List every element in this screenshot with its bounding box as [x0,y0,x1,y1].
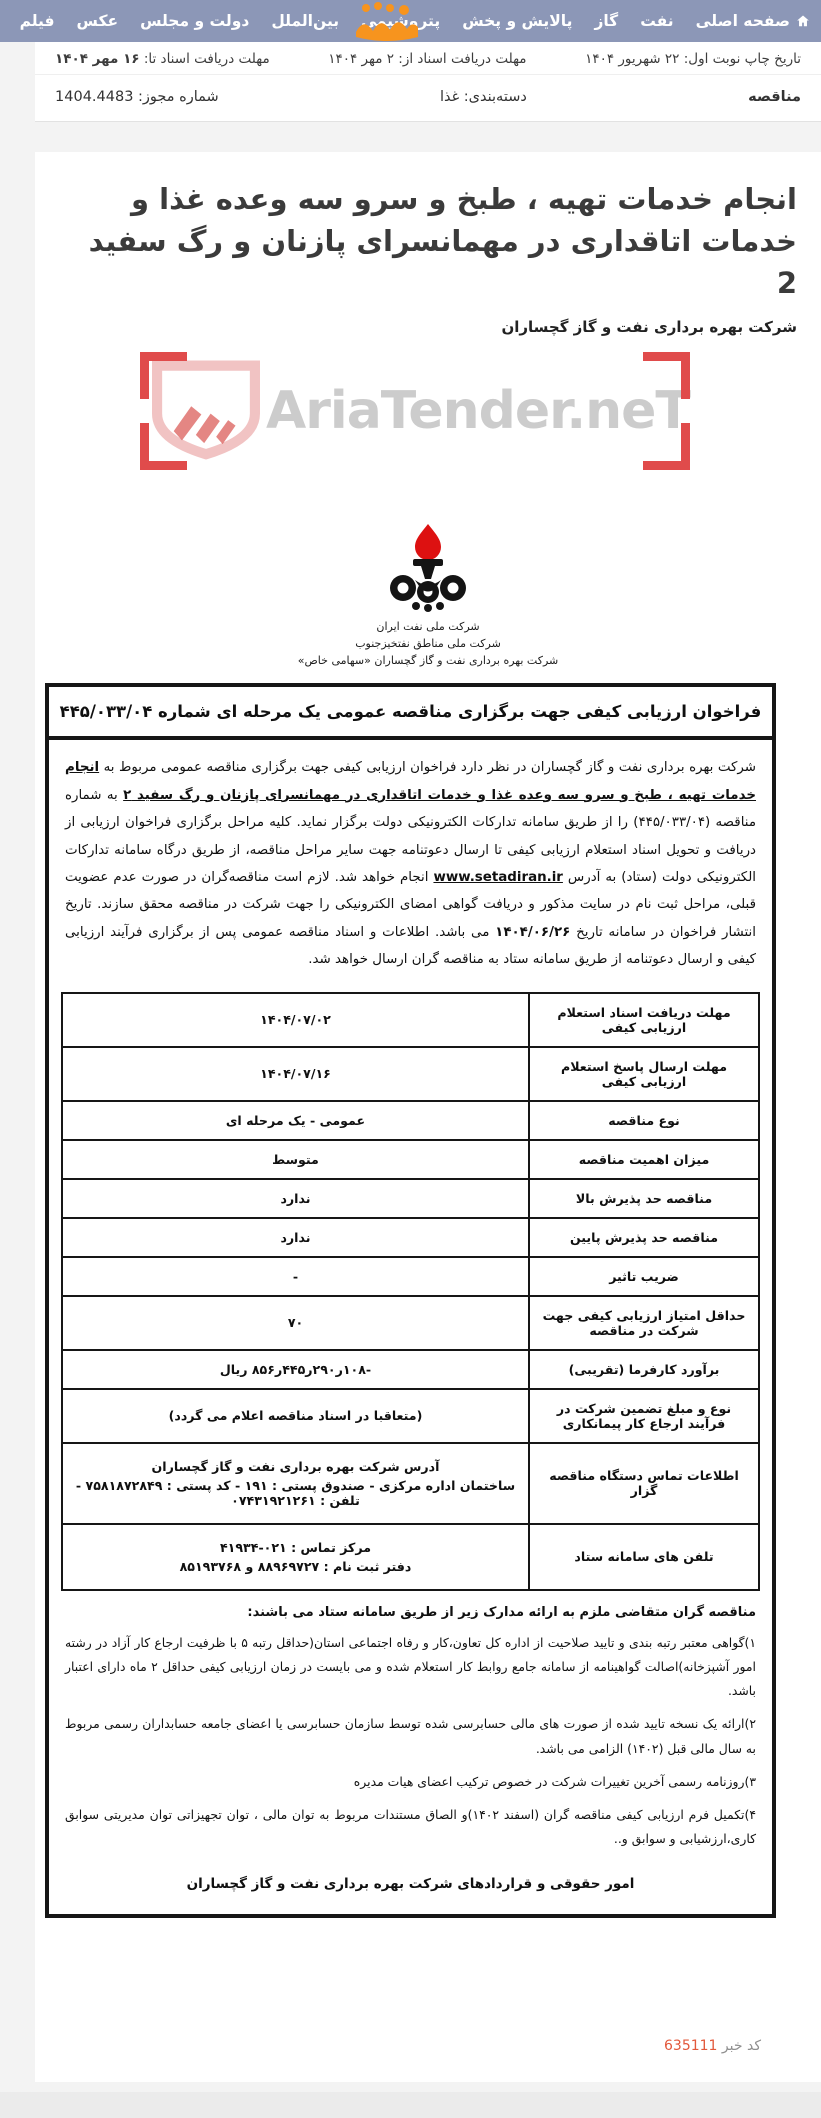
bottom-bar [0,2092,821,2118]
table-row: مناقصه حد پذیرش پایینندارد [62,1218,759,1257]
news-code: کد خبر 635111 [35,2038,761,2054]
table-row: حداقل امتیاز ارزیابی کیفی جهت شرکت در من… [62,1296,759,1350]
table-row: نوع مناقصهعمومی - یک مرحله ای [62,1101,759,1140]
table-row: برآورد کارفرما (تقریبی)-۱۰۸ر۲۹۰ر۴۴۵ر۸۵۶ … [62,1350,759,1389]
meta-info-row: مناقصه دسته‌بندی: غذا شماره مجوز: 1404.4… [35,75,821,121]
license-number: شماره مجوز: 1404.4483 [55,89,219,105]
document-signature: امور حقوقی و قراردادهای شرکت بهره برداری… [49,1860,772,1914]
table-row: میزان اهمیت مناقصهمتوسط [62,1140,759,1179]
notice-type: مناقصه [748,89,801,105]
table-row: مناقصه حد پذیرش بالاندارد [62,1179,759,1218]
document-title: فراخوان ارزیابی کیفی جهت برگزاری مناقصه … [49,687,772,740]
nav-item-international[interactable]: بین‌الملل [260,12,350,30]
watermark-text: AriaTender.neT [266,385,690,437]
nioc-line-3: شرکت بهره برداری نفت و گاز گچساران «سهام… [35,654,821,667]
section-gap [0,122,821,152]
required-document-4: ۴)تکمیل فرم ارزیابی کیفی مناقصه گران (اس… [49,1803,772,1851]
meta-card: تاریخ چاپ نوبت اول: ۲۲ شهریور ۱۴۰۴ مهلت … [35,42,821,122]
table-row-contact: اطلاعات تماس دستگاه مناقصه گزار آدرس شرک… [62,1443,759,1524]
nioc-line-1: شرکت ملی نفت ایران [35,620,821,633]
nioc-flame-logo-icon [385,597,471,616]
publish-date: ۱۴۰۴/۰۶/۲۶ [495,925,570,940]
company-name: شرکت بهره برداری نفت و گاز گچساران [35,304,821,338]
corner-bracket-top-left [140,352,187,399]
document-paragraph: شرکت بهره برداری نفت و گاز گچساران در نظ… [49,740,772,982]
corner-bracket-top-right [643,352,690,399]
meta-dates-row: تاریخ چاپ نوبت اول: ۲۲ شهریور ۱۴۰۴ مهلت … [35,42,821,75]
required-documents-intro: مناقصه گران متقاضی ملزم به ارائه مدارک ز… [49,1591,772,1622]
nioc-logo-block: شرکت ملی نفت ایران شرکت ملی مناطق نفتخیز… [35,522,821,667]
news-code-value: 635111 [664,2038,717,2054]
tender-document: فراخوان ارزیابی کیفی جهت برگزاری مناقصه … [45,683,776,1918]
nav-item-refining[interactable]: پالایش و پخش [451,12,583,30]
table-row: مهلت ارسال پاسخ استعلام ارزیابی کیفی۱۴۰۴… [62,1047,759,1101]
nav-item-all-news[interactable]: همه اخبار [0,12,9,30]
corner-bracket-bottom-right [643,423,690,470]
top-navbar: صفحه اصلی نفت گاز پالایش و پخش پتروشیمی … [0,0,821,42]
nav-item-photo[interactable]: عکس [66,12,130,30]
nav-item-video[interactable]: فیلم [9,12,66,30]
page-title: انجام خدمات تهیه ، طبخ و سرو سه وعده غذا… [35,178,821,304]
tender-details-table: مهلت دریافت اسناد استعلام ارزیابی کیفی۱۴… [61,992,760,1591]
nav-item-government[interactable]: دولت و مجلس [129,12,260,30]
nioc-line-2: شرکت ملی مناطق نفتخیزجنوب [35,637,821,650]
table-row: ضریب تاثیر- [62,1257,759,1296]
news-code-label: کد خبر [722,2038,761,2054]
docs-from-date: مهلت دریافت اسناد از: ۲ مهر ۱۴۰۴ [328,51,526,67]
nav-item-gas[interactable]: گاز [583,12,629,30]
nav-item-home[interactable]: صفحه اصلی [685,12,821,30]
setadiran-link: www.setadiran.ir [433,870,562,885]
nav-item-oil[interactable]: نفت [629,12,684,30]
table-row-phones: تلفن های سامانه ستاد مرکز تماس : ۰۲۱-۴۱۹… [62,1524,759,1590]
site-logo[interactable] [350,1,424,42]
table-row: نوع و مبلغ تضمین شرکت در فرآیند ارجاع کا… [62,1389,759,1443]
docs-until-value: ۱۶ مهر ۱۴۰۴ [55,51,140,67]
print-date: تاریخ چاپ نوبت اول: ۲۲ شهریور ۱۴۰۴ [585,51,801,67]
docs-until-date: مهلت دریافت اسناد تا: ۱۶ مهر ۱۴۰۴ [55,51,270,67]
corner-bracket-bottom-left [140,423,187,470]
required-document-3: ۳)روزنامه رسمی آخرین تغییرات شرکت در خصو… [49,1770,772,1794]
table-row: مهلت دریافت اسناد استعلام ارزیابی کیفی۱۴… [62,993,759,1047]
required-document-2: ۲)ارائه یک نسخه تایید شده از صورت های ما… [49,1712,772,1760]
category: دسته‌بندی: غذا [440,89,527,105]
required-document-1: ۱)گواهی معتبر رتبه بندی و تایید صلاحیت ا… [49,1631,772,1704]
watermark-banner: AriaTender.neT [140,352,690,470]
home-icon [796,14,810,28]
article-card: انجام خدمات تهیه ، طبخ و سرو سه وعده غذا… [35,152,821,2082]
